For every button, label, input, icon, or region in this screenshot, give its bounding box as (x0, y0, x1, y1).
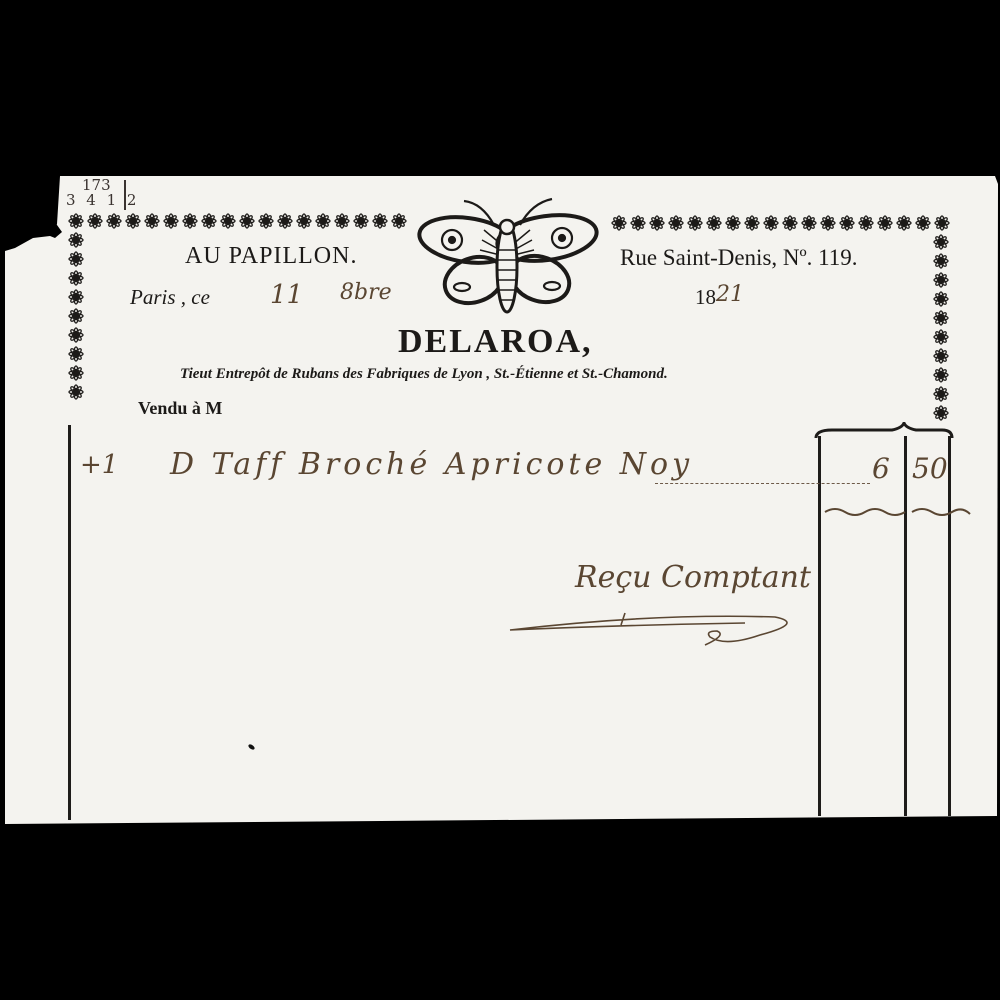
shop-address: Rue Saint-Denis, Nº. 119. (620, 245, 858, 271)
star-flower-icon (106, 213, 120, 227)
invoice-document: 173 3 4 1 2 AU PAPILLON. Rue Saint-Denis… (0, 0, 1000, 1000)
star-flower-icon (933, 329, 947, 343)
archive-number-bottom: 3 4 1 2 (66, 193, 139, 208)
star-flower-icon (68, 232, 82, 246)
amount-column-rule-right (948, 436, 951, 816)
place-label: Paris , ce (130, 285, 210, 310)
star-flower-icon (68, 213, 82, 227)
star-flower-icon (182, 213, 196, 227)
star-flower-icon (649, 215, 663, 229)
sold-to-label: Vendu à M (138, 398, 222, 419)
left-margin-rule (68, 425, 71, 820)
amount-column-rule-left (818, 436, 821, 816)
star-flower-icon (611, 215, 625, 229)
line-item-leader (655, 483, 870, 484)
star-flower-icon (725, 215, 739, 229)
star-flower-icon (933, 367, 947, 381)
star-flower-icon (763, 215, 777, 229)
star-flower-icon (933, 348, 947, 362)
star-flower-icon (372, 213, 386, 227)
star-flower-icon (933, 386, 947, 400)
shop-sign: AU PAPILLON. (185, 243, 357, 270)
star-flower-icon (68, 346, 82, 360)
star-flower-icon (801, 215, 815, 229)
star-flower-icon (125, 213, 139, 227)
line-item-description: D Taff Broché Apricote Noy (170, 447, 693, 482)
payment-note: Reçu Comptant (575, 560, 811, 595)
star-flower-icon (68, 289, 82, 303)
star-flower-icon (391, 213, 405, 227)
star-flower-icon (163, 213, 177, 227)
star-flower-icon (839, 215, 853, 229)
date-month: 8bre (340, 280, 392, 305)
star-flower-icon (706, 215, 720, 229)
star-flower-icon (933, 234, 947, 248)
star-flower-icon (668, 215, 682, 229)
star-flower-icon (258, 213, 272, 227)
amount-column-rule-middle (904, 436, 907, 816)
star-flower-icon (933, 253, 947, 267)
star-flower-icon (201, 213, 215, 227)
star-flower-icon (68, 251, 82, 265)
star-flower-icon (68, 384, 82, 398)
star-flower-icon (277, 213, 291, 227)
signature-flourish (505, 595, 805, 655)
star-flower-icon (68, 270, 82, 284)
star-flower-icon (858, 215, 872, 229)
butterfly-icon (412, 195, 602, 320)
star-flower-icon (877, 215, 891, 229)
star-flower-icon (744, 215, 758, 229)
star-flower-icon (87, 213, 101, 227)
year-printed: 18 (695, 285, 716, 310)
year-handwritten: 21 (716, 282, 744, 307)
line-item-francs: 6 (872, 452, 890, 485)
star-flower-icon (896, 215, 910, 229)
line-item-cents: 50 (912, 452, 948, 485)
star-flower-icon (334, 213, 348, 227)
star-flower-icon (68, 308, 82, 322)
star-flower-icon (68, 365, 82, 379)
star-flower-icon (144, 213, 158, 227)
star-flower-icon (687, 215, 701, 229)
star-flower-icon (239, 213, 253, 227)
star-flower-icon (630, 215, 644, 229)
date-day: 11 (270, 280, 303, 310)
merchant-tagline: Tieut Entrepôt de Rubans des Fabriques d… (180, 366, 668, 383)
line-item-quantity: +1 (80, 450, 118, 480)
star-flower-icon (915, 215, 929, 229)
star-flower-icon (934, 215, 948, 229)
star-flower-icon (933, 291, 947, 305)
star-flower-icon (782, 215, 796, 229)
star-flower-icon (820, 215, 834, 229)
archive-bracket (124, 180, 126, 210)
star-flower-icon (315, 213, 329, 227)
star-flower-icon (353, 213, 367, 227)
merchant-name: DELAROA, (398, 323, 593, 361)
star-flower-icon (933, 272, 947, 286)
star-flower-icon (220, 213, 234, 227)
star-flower-icon (296, 213, 310, 227)
amount-column-header-brace (812, 422, 957, 442)
star-flower-icon (933, 405, 947, 419)
star-flower-icon (68, 327, 82, 341)
star-flower-icon (933, 310, 947, 324)
total-squiggle (820, 500, 975, 520)
